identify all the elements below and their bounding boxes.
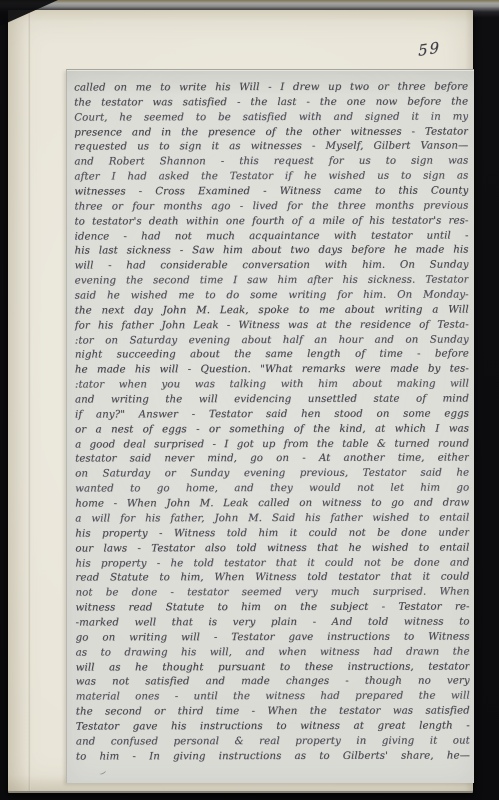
manuscript-line: a will for his father, John M. Said his … [75, 511, 469, 527]
manuscript-line: presence and in the presence of the othe… [74, 125, 468, 141]
manuscript-line: go on writing will - Testator gave instr… [76, 630, 470, 646]
manuscript-line: after I had asked the Testator if he wis… [74, 170, 468, 186]
manuscript-line: will as he thought pursuant to these ins… [76, 660, 470, 676]
manuscript-line: requested us to sign it as witnesses - M… [74, 140, 468, 156]
manuscript-line: on Saturday or Sunday evening previous, … [75, 467, 469, 483]
manuscript-line: called on me to write his Will - I drew … [74, 80, 468, 96]
manuscript-line: or a nest of eggs - or something of the … [75, 422, 469, 438]
manuscript-line: for his father John Leak - Witness was a… [75, 318, 469, 334]
manuscript-line: the testator was satisfied - the last - … [74, 95, 468, 111]
manuscript-line: night succeeding about the same length o… [75, 348, 469, 364]
manuscript-line: wanted to go home, and they would not le… [75, 482, 469, 498]
manuscript-line: material ones - until the witness had pr… [76, 690, 470, 706]
manuscript-line: -marked well that is very plain - And to… [76, 615, 470, 631]
ink-stray-mark [98, 769, 106, 776]
manuscript-line: as to drawing his will, and when witness… [76, 645, 470, 661]
manuscript-line: his last sickness - Saw him about two da… [75, 244, 469, 260]
manuscript-line: if any?" Answer - Testator said hen stoo… [75, 407, 469, 423]
manuscript-line: will - had considerable conversation wit… [75, 259, 469, 275]
manuscript-line: :tator when you was talking with him abo… [75, 378, 469, 394]
manuscript-line: to testator's death within one fourth of… [74, 214, 468, 230]
manuscript-line: the second or third time - When the test… [76, 705, 470, 721]
manuscript-line: said he wished me to do some writing for… [75, 289, 469, 305]
manuscript-line: testator said never mind, go on - At ano… [75, 452, 469, 468]
manuscript-line: to him - In giving instructions as to Gi… [76, 749, 470, 765]
manuscript-line: his property - Witness told him it could… [75, 526, 469, 542]
manuscript-line: was not satisfied and made changes - tho… [76, 675, 470, 691]
manuscript-line: read Statute to him, When Witness told t… [75, 571, 469, 587]
manuscript-line: witnesses - Cross Examined - Witness cam… [74, 185, 468, 201]
manuscript-line: he made his will - Question. "What remar… [75, 363, 469, 379]
page-number: 59 [418, 38, 441, 60]
page-crease [28, 10, 31, 791]
manuscript-line: :tor on Saturday evening about half an h… [75, 333, 469, 349]
manuscript-line: his property - he told testator that it … [75, 556, 469, 572]
manuscript-line: and writing the will evidencing unsettle… [75, 393, 469, 409]
manuscript-line: and confused personal & real property in… [76, 734, 470, 750]
manuscript-line: not be done - testator seemed very much … [75, 586, 469, 602]
manuscript-line: Testator gave his instructions to witnes… [76, 719, 470, 735]
manuscript-line: our laws - Testator also told witness th… [75, 541, 469, 557]
photo-frame: 59 called on me to write his Will - I dr… [0, 0, 499, 800]
manuscript-line: idence - had not much acquaintance with … [74, 229, 468, 245]
ledger-page: 59 called on me to write his Will - I dr… [8, 10, 473, 791]
manuscript-line: and Robert Shannon - this request for us… [74, 155, 468, 171]
manuscript-line: three or four months ago - lived for the… [74, 199, 468, 215]
manuscript-line: a good deal surprised - I got up from th… [75, 437, 469, 453]
manuscript-line: witness read Statute to him on the subje… [75, 601, 469, 617]
manuscript-text: called on me to write his Will - I drew … [74, 80, 470, 765]
manuscript-line: the next day John M. Leak, spoke to me a… [75, 303, 469, 319]
manuscript-line: Court, he seemed to be satisfied with an… [74, 110, 468, 126]
manuscript-line: evening the second time I saw him after … [75, 274, 469, 290]
manuscript-sheet: called on me to write his Will - I drew … [66, 69, 474, 783]
manuscript-line: home - When John M. Leak called on witne… [75, 497, 469, 513]
